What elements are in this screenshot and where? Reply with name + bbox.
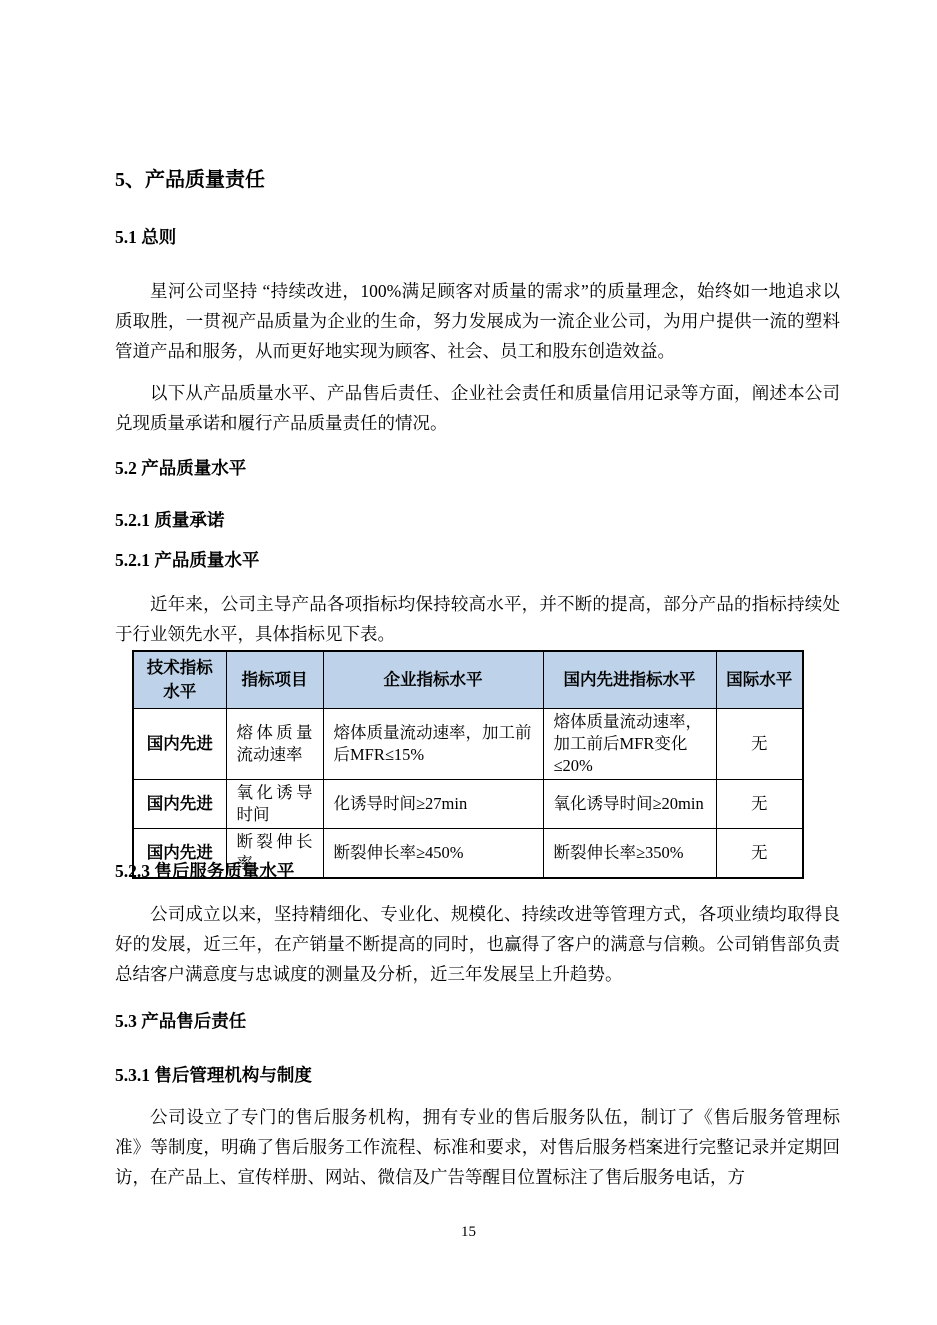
- heading-5-2-product-quality-level: 5.2 产品质量水平: [115, 455, 840, 481]
- cell-tech-level: 国内先进: [133, 779, 226, 828]
- header-indicator-item: 指标项目: [226, 651, 323, 708]
- cell-indicator-item: 氧化诱导时间: [226, 779, 323, 828]
- header-international-level: 国际水平: [716, 651, 803, 708]
- header-domestic-advanced-level: 国内先进指标水平: [543, 651, 716, 708]
- paragraph-customer-satisfaction: 公司成立以来，坚持精细化、专业化、规模化、持续改进等管理方式，各项业绩均取得良好…: [115, 899, 840, 989]
- heading-5-2-1-product-quality-level: 5.2.1 产品质量水平: [115, 547, 840, 573]
- quality-indicator-table: 技术指标水平 指标项目 企业指标水平 国内先进指标水平 国际水平 国内先进 熔体…: [132, 650, 804, 879]
- paragraph-quality-philosophy: 星河公司坚持 “持续改进，100%满足顾客对质量的需求”的质量理念，始终如一地追…: [115, 276, 840, 366]
- document-page: 5、产品质量责任 5.1 总则 星河公司坚持 “持续改进，100%满足顾客对质量…: [0, 0, 937, 1325]
- cell-international-level: 无: [716, 708, 803, 779]
- header-tech-indicator-level: 技术指标水平: [133, 651, 226, 708]
- paragraph-indicator-intro: 近年来，公司主导产品各项指标均保持较高水平，并不断的提高，部分产品的指标持续处于…: [115, 589, 840, 649]
- heading-5-1-general: 5.1 总则: [115, 224, 840, 250]
- heading-5-2-1-quality-commitment: 5.2.1 质量承诺: [115, 507, 840, 533]
- paragraph-report-scope: 以下从产品质量水平、产品售后责任、企业社会责任和质量信用记录等方面，阐述本公司兑…: [115, 378, 840, 438]
- page-number: 15: [0, 1224, 937, 1241]
- cell-indicator-item: 熔体质量流动速率: [226, 708, 323, 779]
- table-row-oxidation-induction-time: 国内先进 氧化诱导时间 化诱导时间≥27min 氧化诱导时间≥20min 无: [133, 779, 803, 828]
- heading-product-quality-responsibility: 5、产品质量责任: [115, 167, 840, 193]
- paragraph-after-sales-system: 公司设立了专门的售后服务机构，拥有专业的售后服务队伍，制订了《售后服务管理标准》…: [115, 1102, 840, 1192]
- heading-5-3-after-sales-responsibility: 5.3 产品售后责任: [115, 1008, 840, 1034]
- cell-domestic-level: 熔体质量流动速率，加工前后MFR变化≤20%: [543, 708, 716, 779]
- table-header-row: 技术指标水平 指标项目 企业指标水平 国内先进指标水平 国际水平: [133, 651, 803, 708]
- cell-tech-level: 国内先进: [133, 708, 226, 779]
- cell-enterprise-level: 熔体质量流动速率，加工前后MFR≤15%: [323, 708, 543, 779]
- header-enterprise-indicator-level: 企业指标水平: [323, 651, 543, 708]
- heading-5-3-1-after-sales-organization: 5.3.1 售后管理机构与制度: [115, 1062, 840, 1088]
- cell-enterprise-level: 化诱导时间≥27min: [323, 779, 543, 828]
- cell-domestic-level: 氧化诱导时间≥20min: [543, 779, 716, 828]
- cell-international-level: 无: [716, 779, 803, 828]
- heading-5-2-3-after-sales-service-quality: 5.2.3 售后服务质量水平: [115, 858, 840, 884]
- table-row-melt-flow-rate: 国内先进 熔体质量流动速率 熔体质量流动速率，加工前后MFR≤15% 熔体质量流…: [133, 708, 803, 779]
